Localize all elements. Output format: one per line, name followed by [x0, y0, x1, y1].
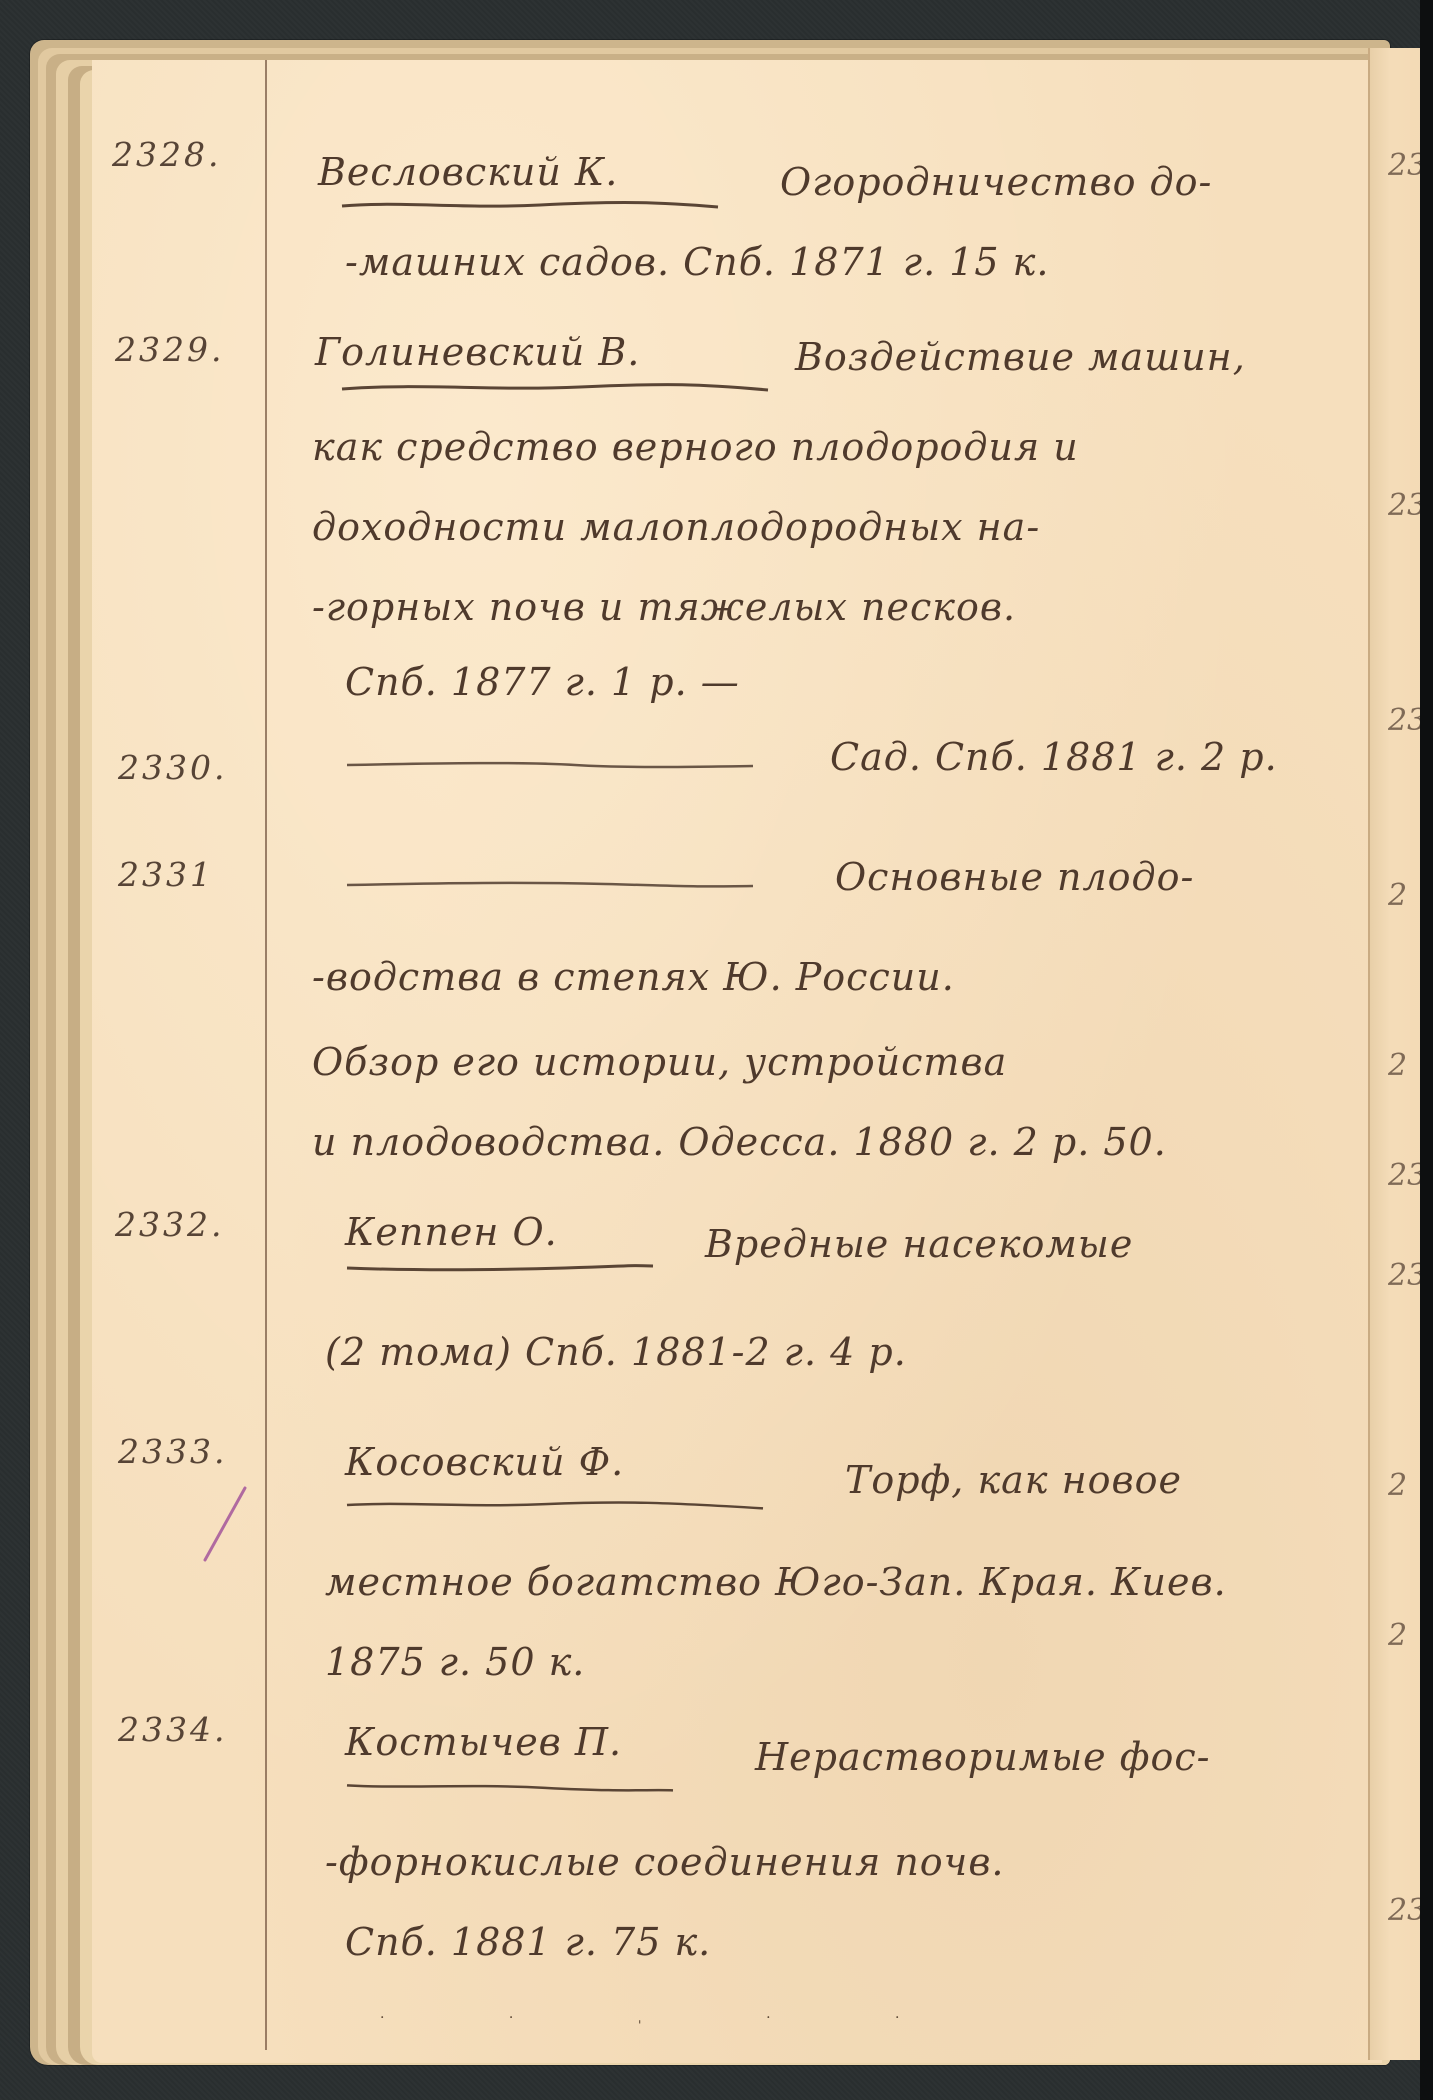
author-underline [340, 382, 770, 392]
entry-author: Весловский К. [318, 150, 618, 194]
author-underline [345, 1782, 675, 1792]
entry-number: 2332. [115, 1205, 224, 1244]
entry-text-line: Основные плодо- [835, 855, 1194, 899]
entry-text-line: Воздействие машин, [795, 335, 1246, 379]
entry-text-line: Нерастворимые фос- [755, 1735, 1210, 1779]
ink-specks: · · ˌ · · [380, 2010, 959, 2026]
author-underline [345, 1262, 655, 1272]
entry-text-line: 1875 г. 50 к. [325, 1640, 585, 1684]
entry-author: Косовский Ф. [345, 1440, 624, 1484]
entry-text-line: Обзор его истории, устройства [312, 1040, 1007, 1084]
entry-text-line: Огородничество до- [780, 160, 1212, 204]
entry-text-line: и плодоводства. Одесса. 1880 г. 2 р. 50. [312, 1120, 1167, 1164]
entry-text-line: Спб. 1881 г. 75 к. [345, 1920, 711, 1964]
entry-number: 2329. [115, 330, 224, 369]
entry-author: Голиневский В. [315, 330, 640, 374]
entry-text-line: -машних садов. Спб. 1871 г. 15 к. [345, 240, 1049, 284]
margin-rule [265, 60, 267, 2050]
entry-text-line: Сад. Спб. 1881 г. 2 р. [830, 735, 1278, 779]
entry-text-line: как средство верного плодородия и [312, 425, 1079, 469]
author-underline [340, 200, 720, 210]
entry-author: Кеппен О. [345, 1210, 558, 1254]
author-underline [345, 1500, 765, 1510]
margin-check-mark [200, 1485, 250, 1565]
entry-text-line: Спб. 1877 г. 1 р. — [345, 660, 740, 704]
ditto-line [345, 880, 755, 890]
entry-text-line: Вредные насекомые [705, 1222, 1133, 1266]
entry-number: 2333. [118, 1432, 227, 1471]
entry-text-line: -водства в степях Ю. России. [312, 955, 955, 999]
entry-text-line: (2 тома) Спб. 1881-2 г. 4 р. [325, 1330, 907, 1374]
binding-shadow [1420, 0, 1433, 2100]
entry-text-line: Торф, как новое [845, 1458, 1182, 1502]
entry-text-line: местное богатство Юго-Зап. Края. Киев. [325, 1560, 1227, 1604]
entry-number: 2328. [112, 135, 221, 174]
entry-number: 2334. [118, 1710, 227, 1749]
entry-text-line: -форнокислые соединения почв. [325, 1840, 1005, 1884]
entry-author: Костычев П. [345, 1720, 622, 1764]
entry-text-line: -горных почв и тяжелых песков. [312, 585, 1016, 629]
ditto-line [345, 760, 755, 770]
entry-number: 2330. [118, 748, 227, 787]
entry-text-line: доходности малоплодородных на- [312, 505, 1040, 549]
entry-number: 2331 [118, 855, 214, 894]
